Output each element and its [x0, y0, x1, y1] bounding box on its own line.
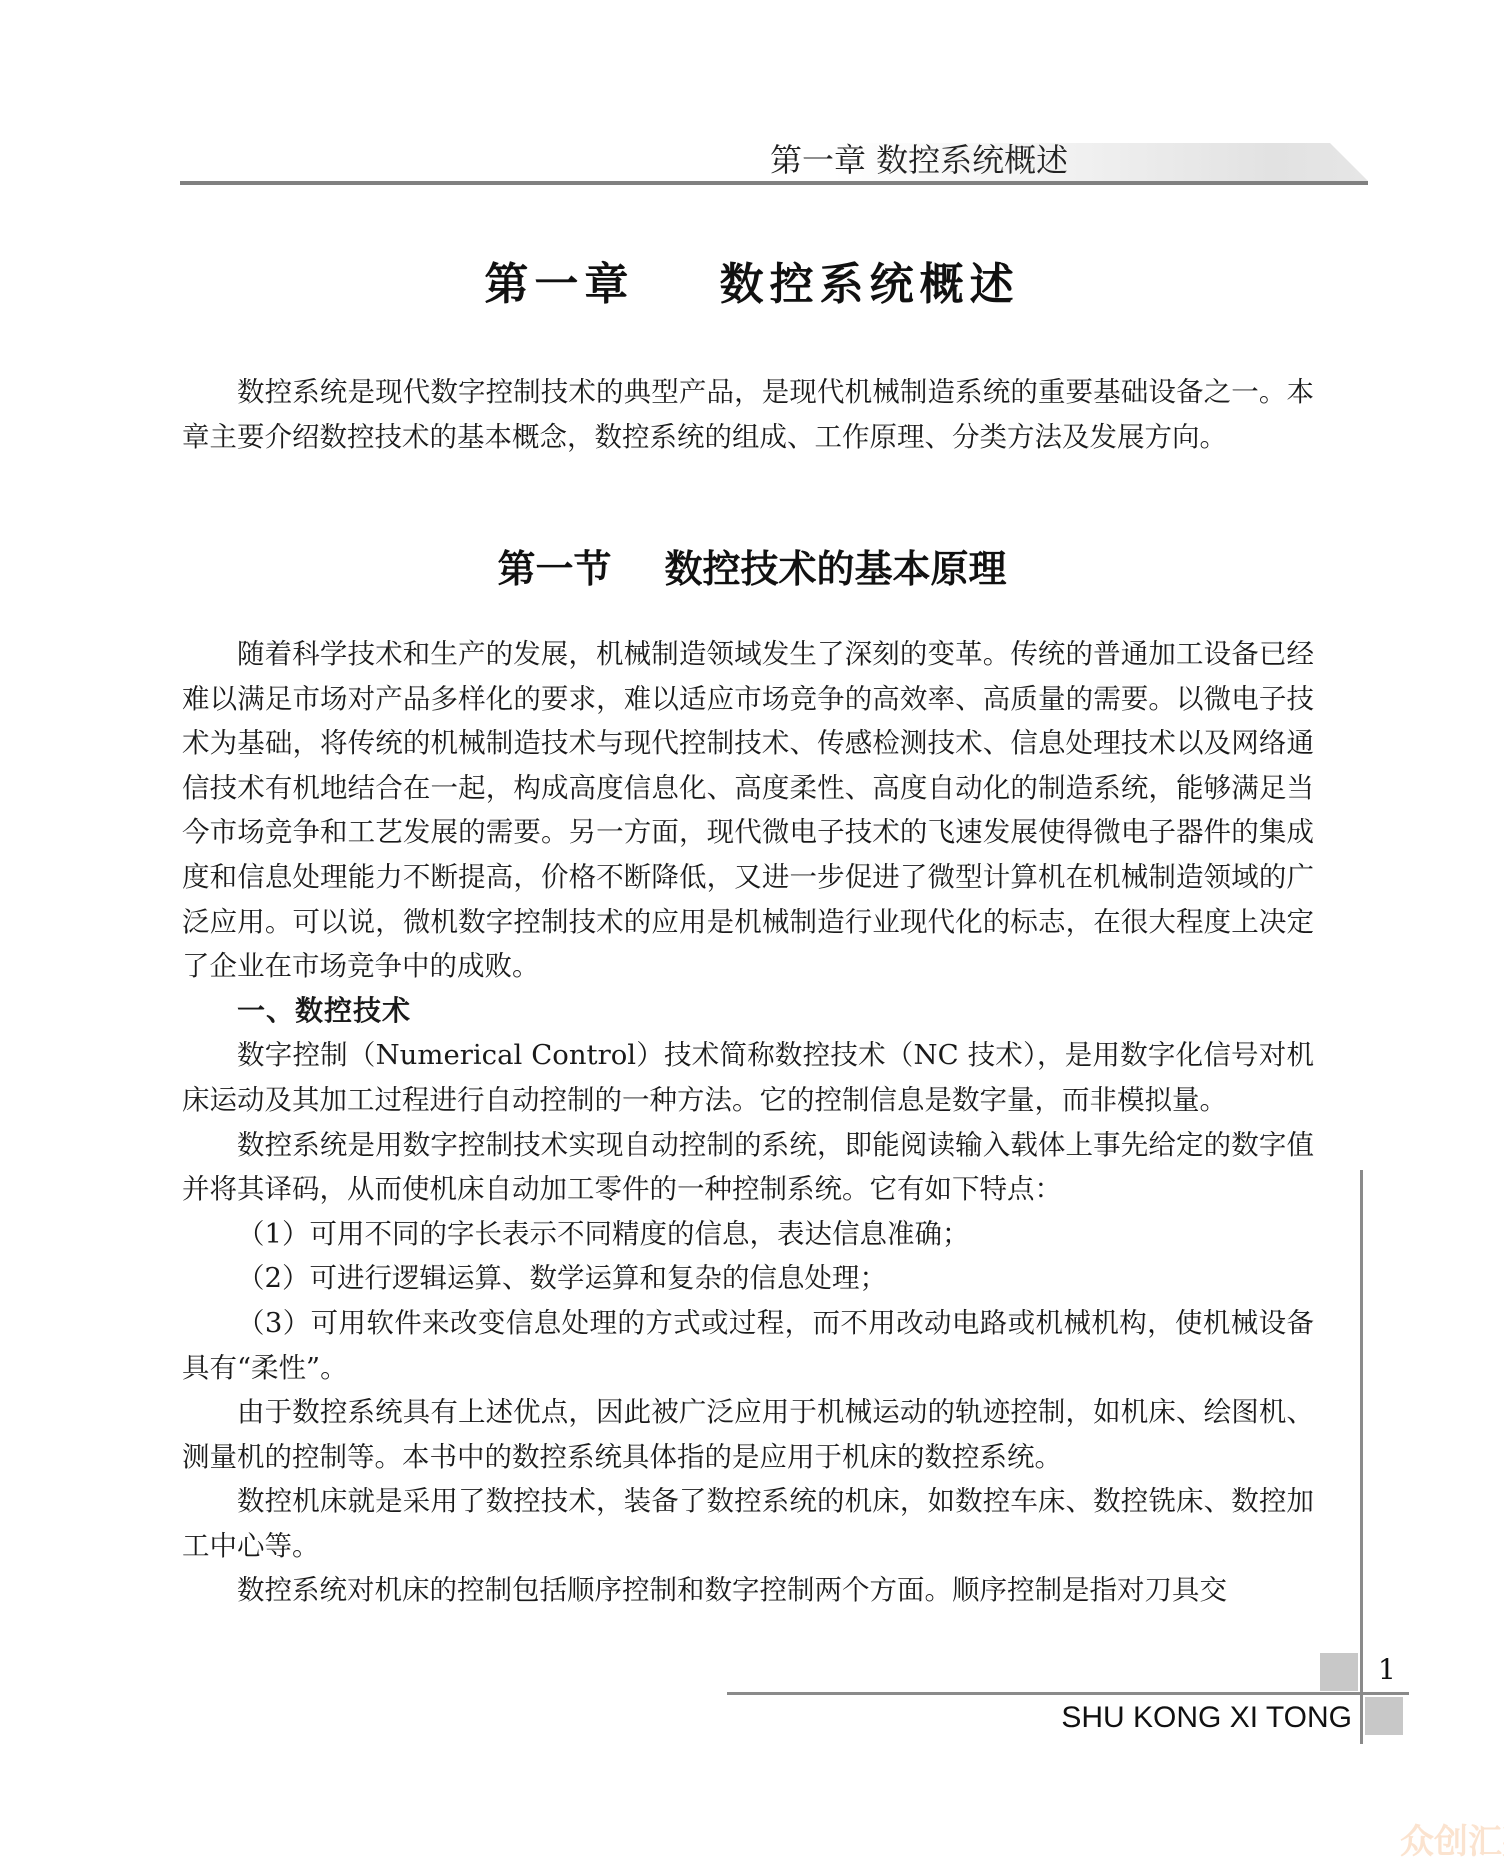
page-number: 1 — [1378, 1650, 1396, 1690]
body-paragraph: 数字控制（Numerical Control）技术简称数控技术（NC 技术），是… — [182, 1033, 1314, 1122]
intro-paragraph: 数控系统是现代数字控制技术的典型产品，是现代机械制造系统的重要基础设备之一。本章… — [182, 370, 1314, 459]
feature-item: （3）可用软件来改变信息处理的方式或过程，而不用改动电路或机械机构，使机械设备具… — [182, 1301, 1314, 1390]
chapter-intro: 数控系统是现代数字控制技术的典型产品，是现代机械制造系统的重要基础设备之一。本章… — [182, 370, 1314, 459]
section-body: 随着科学技术和生产的发展，机械制造领域发生了深刻的变革。传统的普通加工设备已经难… — [182, 632, 1314, 1613]
watermark: 众创汇嘉 — [1400, 1822, 1504, 1858]
chapter-title: 第一章 数控系统概述 — [0, 255, 1504, 315]
body-paragraph: 数控机床就是采用了数控技术，装备了数控系统的机床，如数控车床、数控铣床、数控加工… — [182, 1479, 1314, 1568]
body-paragraph: 由于数控系统具有上述优点，因此被广泛应用于机械运动的轨迹控制，如机床、绘图机、测… — [182, 1390, 1314, 1479]
body-paragraph: 数控系统对机床的控制包括顺序控制和数字控制两个方面。顺序控制是指对刀具交 — [182, 1568, 1314, 1613]
body-paragraph: 随着科学技术和生产的发展，机械制造领域发生了深刻的变革。传统的普通加工设备已经难… — [182, 632, 1314, 989]
footer-square-bottom — [1365, 1697, 1403, 1735]
subsection-heading: 一、数控技术 — [182, 989, 1314, 1034]
footer-rule — [727, 1692, 1409, 1695]
feature-item: （2）可进行逻辑运算、数学运算和复杂的信息处理； — [182, 1256, 1314, 1301]
margin-vertical-rule — [1360, 1170, 1363, 1744]
feature-item: （1）可用不同的字长表示不同精度的信息，表达信息准确； — [182, 1212, 1314, 1257]
footer-book-title: SHU KONG XI TONG — [1000, 1697, 1352, 1739]
section-title: 第一节 数控技术的基本原理 — [0, 543, 1504, 595]
body-paragraph: 数控系统是用数字控制技术实现自动控制的系统，即能阅读输入载体上事先给定的数字值并… — [182, 1123, 1314, 1212]
footer-square-top — [1320, 1653, 1358, 1691]
running-header-title: 第一章 数控系统概述 — [770, 138, 1068, 182]
